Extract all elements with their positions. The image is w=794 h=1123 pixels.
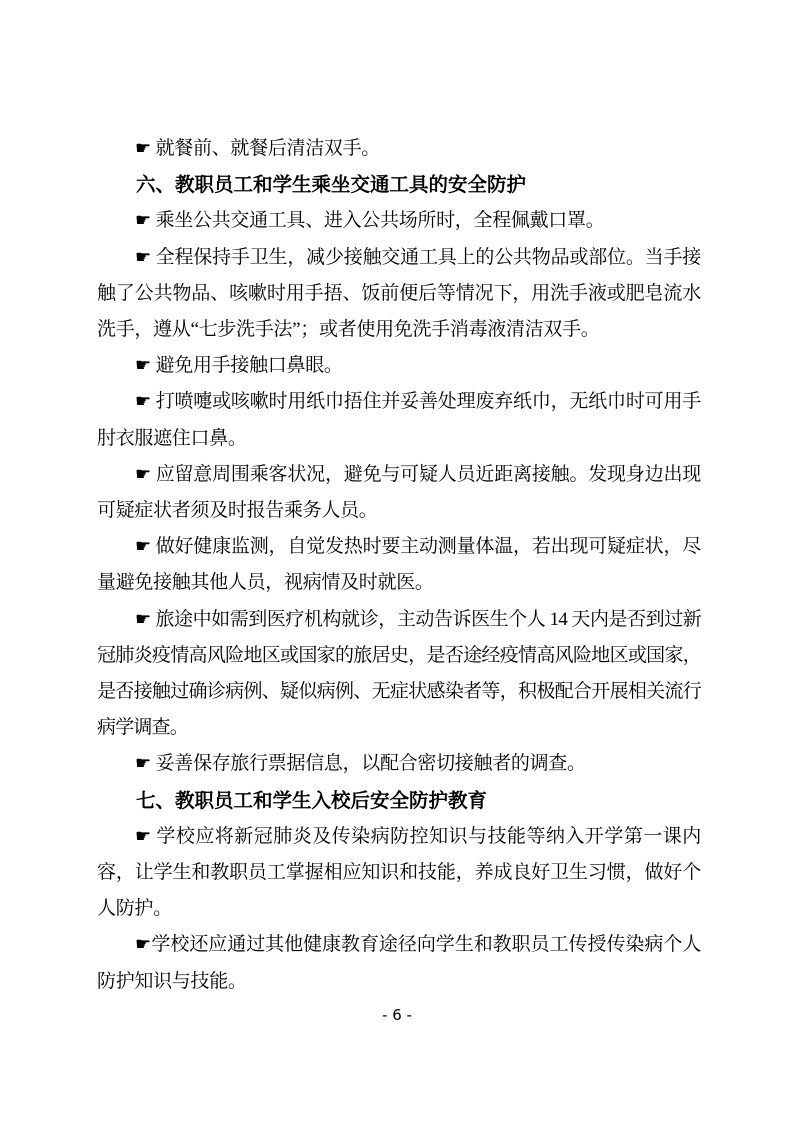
page-number: - 6 - — [0, 1006, 794, 1024]
pointing-hand-icon: ☛ — [135, 826, 151, 847]
paragraph-text: 旅途中如需到医疗机构就诊，主动告诉医生个人 14 天内是否到过新冠肺炎疫情高风险… — [97, 609, 701, 739]
section-heading: 六、教职员工和学生乘坐交通工具的安全防护 — [97, 167, 701, 203]
bullet-paragraph: ☛ 旅途中如需到医疗机构就诊，主动告诉医生个人 14 天内是否到过新冠肺炎疫情高… — [97, 602, 701, 747]
section-heading: 七、教职员工和学生入校后安全防护教育 — [97, 783, 701, 819]
pointing-hand-icon: ☛ — [135, 138, 151, 159]
pointing-hand-icon: ☛ — [135, 355, 151, 376]
bullet-paragraph: ☛ 应留意周围乘客状况，避免与可疑人员近距离接触。发现身边出现可疑症状者须及时报… — [97, 457, 701, 529]
bullet-paragraph: ☛ 就餐前、就餐后清洁双手。 — [97, 131, 701, 167]
paragraph-text: 打喷嚏或咳嗽时用纸巾捂住并妥善处理废弃纸巾，无纸巾时可用手肘衣服遮住口鼻。 — [97, 391, 701, 448]
paragraph-text: 就餐前、就餐后清洁双手。 — [151, 138, 380, 159]
paragraph-text: 避免用手接触口鼻眼。 — [151, 355, 342, 376]
bullet-paragraph: ☛ 乘坐公共交通工具、进入公共场所时，全程佩戴口罩。 — [97, 203, 701, 239]
pointing-hand-icon: ☛ — [135, 210, 151, 231]
document-page: ☛ 就餐前、就餐后清洁双手。六、教职员工和学生乘坐交通工具的安全防护☛ 乘坐公共… — [0, 0, 794, 1123]
pointing-hand-icon: ☛ — [135, 464, 151, 485]
pointing-hand-icon: ☛ — [135, 934, 151, 955]
paragraph-text: 全程保持手卫生，减少接触交通工具上的公共物品或部位。当手接触了公共物品、咳嗽时用… — [97, 247, 701, 340]
bullet-paragraph: ☛学校还应通过其他健康教育途径向学生和教职员工传授传染病个人防护知识与技能。 — [97, 927, 701, 999]
document-content: ☛ 就餐前、就餐后清洁双手。六、教职员工和学生乘坐交通工具的安全防护☛ 乘坐公共… — [97, 131, 701, 1000]
paragraph-text: 乘坐公共交通工具、进入公共场所时，全程佩戴口罩。 — [151, 210, 604, 231]
bullet-paragraph: ☛ 学校应将新冠肺炎及传染病防控知识与技能等纳入开学第一课内容，让学生和教职员工… — [97, 819, 701, 928]
pointing-hand-icon: ☛ — [135, 391, 151, 412]
bullet-paragraph: ☛ 妥善保存旅行票据信息，以配合密切接触者的调查。 — [97, 746, 701, 782]
bullet-paragraph: ☛ 全程保持手卫生，减少接触交通工具上的公共物品或部位。当手接触了公共物品、咳嗽… — [97, 240, 701, 349]
bullet-paragraph: ☛ 打喷嚏或咳嗽时用纸巾捂住并妥善处理废弃纸巾，无纸巾时可用手肘衣服遮住口鼻。 — [97, 384, 701, 456]
pointing-hand-icon: ☛ — [135, 247, 151, 268]
bullet-paragraph: ☛ 做好健康监测，自觉发热时要主动测量体温，若出现可疑症状，尽量避免接触其他人员… — [97, 529, 701, 601]
paragraph-text: 妥善保存旅行票据信息，以配合密切接触者的调查。 — [151, 753, 586, 774]
pointing-hand-icon: ☛ — [135, 609, 151, 630]
pointing-hand-icon: ☛ — [135, 536, 151, 557]
paragraph-text: 做好健康监测，自觉发热时要主动测量体温，若出现可疑症状，尽量避免接触其他人员，视… — [97, 536, 701, 593]
paragraph-text: 学校还应通过其他健康教育途径向学生和教职员工传授传染病个人防护知识与技能。 — [97, 934, 701, 991]
paragraph-text: 应留意周围乘客状况，避免与可疑人员近距离接触。发现身边出现可疑症状者须及时报告乘… — [97, 464, 701, 521]
bullet-paragraph: ☛ 避免用手接触口鼻眼。 — [97, 348, 701, 384]
paragraph-text: 学校应将新冠肺炎及传染病防控知识与技能等纳入开学第一课内容，让学生和教职员工掌握… — [97, 826, 701, 919]
pointing-hand-icon: ☛ — [135, 753, 151, 774]
